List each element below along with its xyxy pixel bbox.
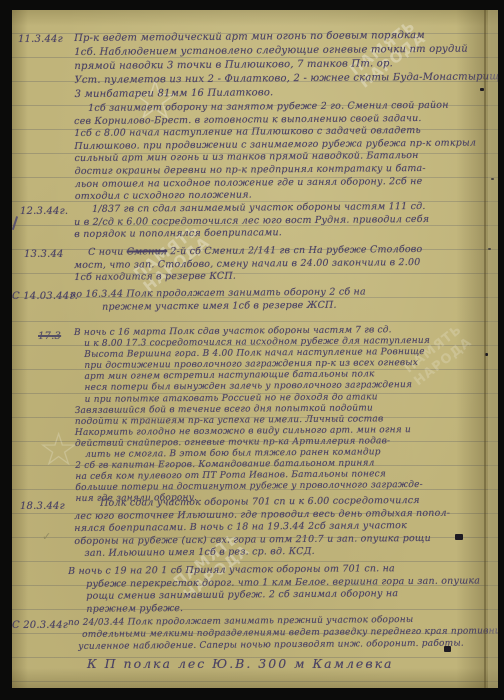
journal-scan-page: ☆ ПАМЯТЬ НАРОДА ПАМЯТЬ НАРОДА ☆ ПАМЯТЬ Н…: [0, 0, 504, 700]
crossed-out-word: Сменил: [127, 246, 168, 257]
entry-17-3-paragraph: В ночь с 16 марта Полк сдав участок обор…: [74, 325, 431, 506]
margin-checkmark: ✓: [42, 530, 51, 543]
entry-19-20-paragraph: В ночь с 19 на 20 1 сб Принял участок об…: [68, 562, 480, 616]
entry-18-3-44-paragraph: Полк сдал участок обороны 701 сп и к 6.0…: [74, 495, 451, 561]
margin-date-struck-17-3: 17.3: [38, 331, 61, 342]
entry-12-3-44-paragraph: 1/837 гв сп сдал занимаемый участок обор…: [74, 201, 429, 242]
margin-date-14-03-44: С 14.03.44г.: [12, 291, 78, 302]
stray-pen-mark: [12, 216, 18, 230]
margin-date-13-3-44: 13.3.44: [24, 249, 64, 260]
paper-sheet: ☆ ПАМЯТЬ НАРОДА ПАМЯТЬ НАРОДА ☆ ПАМЯТЬ Н…: [12, 10, 498, 688]
margin-date-20-3-44: С 20.3.44г: [12, 620, 68, 631]
margin-date-12-3-44: 12.3.44г.: [20, 206, 68, 217]
star-icon: ☆: [38, 422, 79, 476]
entry-11-3-44-paragraph-2: 1сб занимает оборону на занятом рубеже 2…: [74, 99, 477, 203]
command-post-line: К П полка лес Ю.В. 300 м Камлевка: [87, 656, 394, 671]
entry-11-3-44-paragraph-1: Пр-к ведет методический арт мин огонь по…: [74, 28, 498, 102]
entry-13-3-44-paragraph: С ночи Сменил 2-й сб Сменил 2/141 гв сп …: [74, 244, 423, 285]
handwritten-line: прежнем участке имея 1сб в резерве ЖСП.: [70, 299, 366, 314]
entry-14-03-44-paragraph: по 16.3.44 Полк продолжает занимать обор…: [70, 286, 366, 314]
margin-date-18-3-44: 18.3.44г: [20, 501, 65, 512]
handwritten-line: зап. Ильюшино имея 1сб в рез. ср. вд. КС…: [74, 545, 450, 561]
margin-date-11-3-44: 11.3.44г: [18, 34, 63, 45]
page-edge-sliver: [488, 10, 498, 688]
handwritten-line: 1сб находится в резерве КСП.: [74, 269, 422, 285]
pamyat-naroda-star-watermark: ☆: [38, 422, 79, 476]
ink-blot: [444, 646, 451, 652]
page-fold-crease: [484, 10, 486, 688]
ink-blot: [455, 534, 463, 540]
entry-20-3-44-paragraph: по 24/03.44 Полк продолжает занимать пре…: [68, 614, 498, 653]
handwritten-line: в порядок и пополнялся боеприпасами.: [74, 226, 429, 242]
